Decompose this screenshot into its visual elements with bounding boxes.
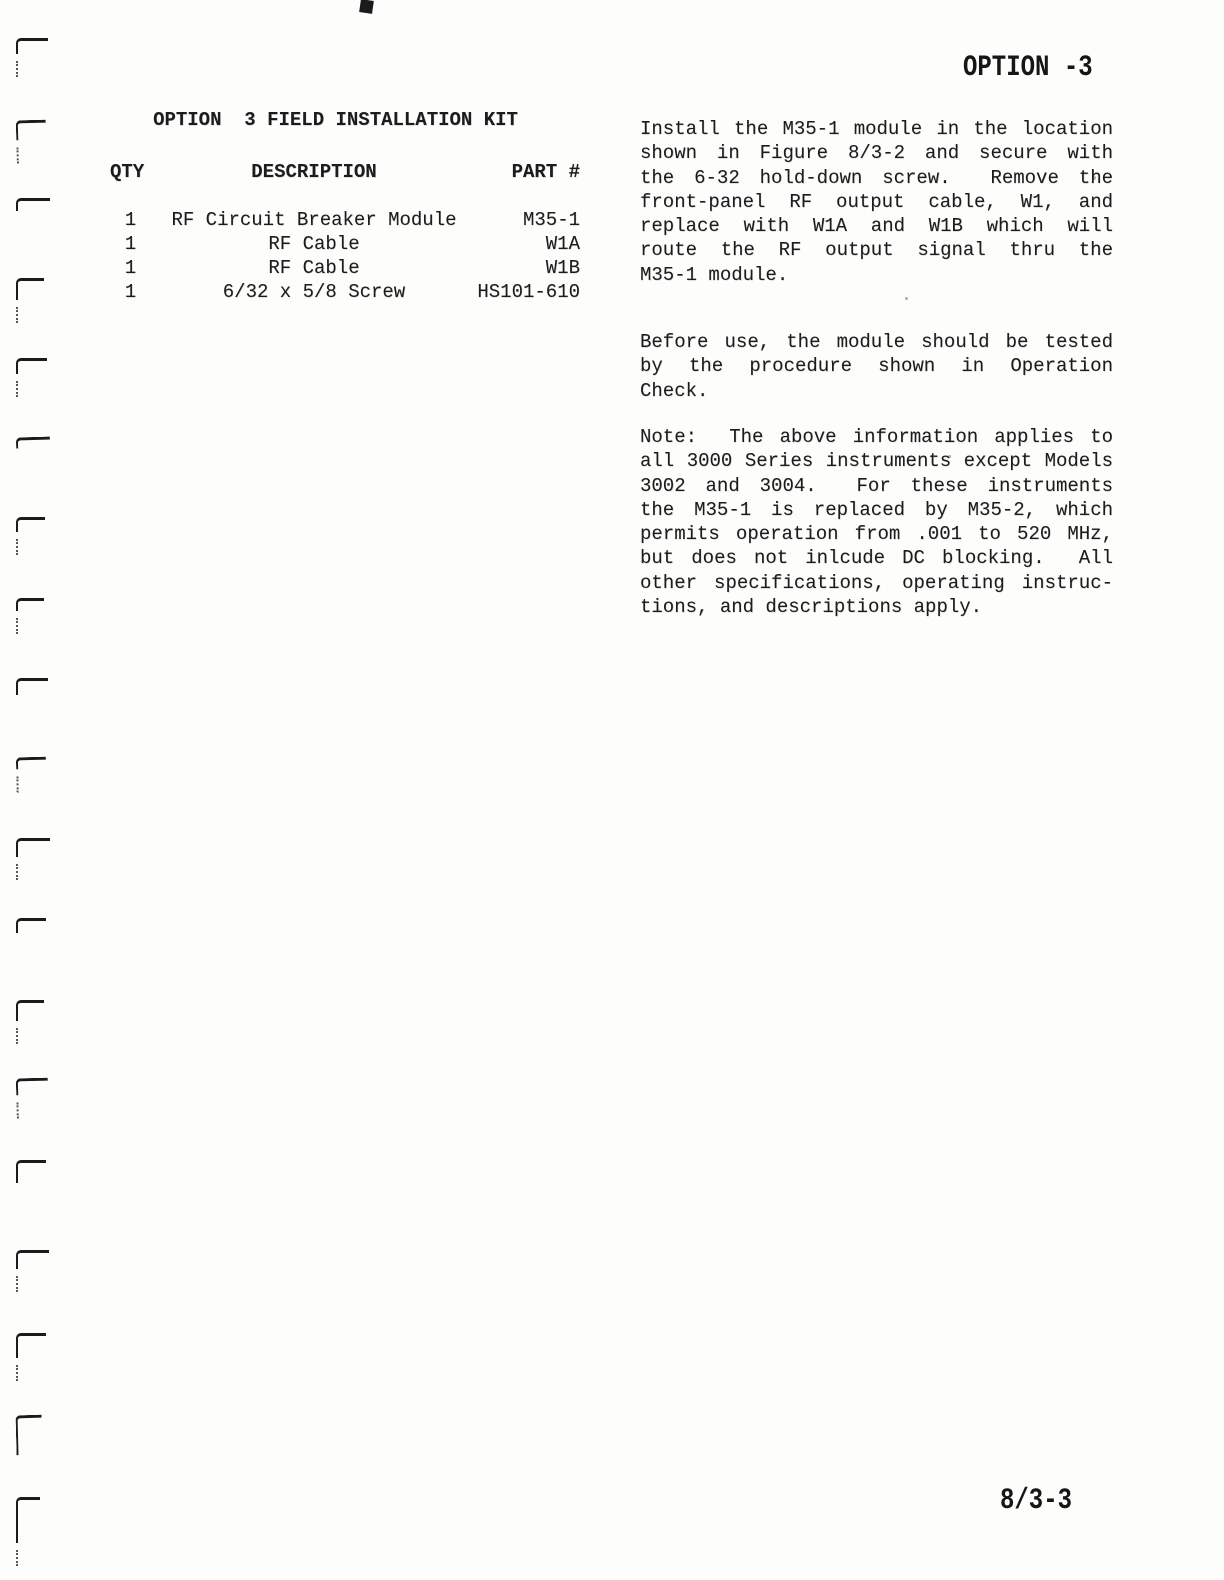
paragraph-note: Note: The above information applies to a… (640, 425, 1113, 619)
binder-mark-artifact (16, 120, 47, 141)
table-title: OPTION 3 FIELD INSTALLATION KIT (91, 108, 580, 132)
cell-description: RF Cable (170, 232, 458, 256)
text-line: permits operation from .001 to 520 MHz, (640, 522, 1113, 546)
binder-mark-artifact (16, 358, 47, 374)
binder-mark-artifact (16, 678, 48, 695)
cell-qty: 1 (105, 256, 170, 280)
binder-mark-artifact (16, 1497, 40, 1543)
text-line: the M35-1 is replaced by M35-2, which (640, 498, 1113, 522)
binder-mark-artifact (16, 1160, 46, 1183)
cell-qty: 1 (105, 232, 170, 256)
binder-mark-artifact (15, 1415, 42, 1456)
binder-mark-artifact (16, 1000, 44, 1021)
scan-speck-artifact (359, 0, 374, 14)
cell-description: RF Circuit Breaker Module (170, 208, 458, 232)
text-line: but does not inlcude DC blocking. All (640, 546, 1113, 570)
table-row: 1 RF Cable W1B (105, 256, 580, 280)
text-line: Note: The above information applies to (640, 425, 1113, 449)
binder-mark-artifact (16, 918, 46, 933)
binder-mark-artifact (16, 1078, 48, 1096)
column-header-description: DESCRIPTION (170, 160, 458, 184)
binder-mark-artifact (16, 757, 46, 770)
table-header-row: QTY DESCRIPTION PART # (105, 160, 580, 184)
text-line: route the RF output signal thru the (640, 238, 1113, 262)
binder-mark-artifact (16, 198, 50, 211)
binder-mark-artifact (16, 278, 44, 300)
binder-mark-artifact (16, 838, 50, 857)
text-line: Install the M35-1 module in the location (640, 117, 1113, 141)
cell-description: RF Cable (170, 256, 458, 280)
scan-speck-artifact (948, 455, 951, 458)
column-header-qty: QTY (105, 160, 170, 184)
text-line: all 3000 Series instruments except Model… (640, 449, 1113, 473)
binder-mark-artifact (16, 38, 48, 54)
text-line: Check. (640, 379, 1113, 403)
cell-part: W1B (458, 256, 580, 280)
text-line: tions, and descriptions apply. (640, 595, 1113, 619)
text-line: replace with W1A and W1B which will (640, 214, 1113, 238)
cell-part: HS101-610 (458, 280, 580, 304)
cell-part: W1A (458, 232, 580, 256)
binder-mark-artifact (16, 437, 50, 449)
text-line: Before use, the module should be tested (640, 330, 1113, 354)
table-row: 1 RF Cable W1A (105, 232, 580, 256)
text-line: by the procedure shown in Operation (640, 354, 1113, 378)
table-row: 1 RF Circuit Breaker Module M35-1 (105, 208, 580, 232)
column-header-part: PART # (458, 160, 580, 184)
installation-kit-table: OPTION 3 FIELD INSTALLATION KIT QTY DESC… (105, 108, 580, 305)
text-line: 3002 and 3004. For these instruments (640, 474, 1113, 498)
paragraph-install-instructions: Install the M35-1 module in the location… (640, 117, 1113, 287)
binder-mark-artifact (16, 1333, 46, 1358)
table-row: 1 6/32 x 5/8 Screw HS101-610 (105, 280, 580, 304)
text-line: the 6-32 hold-down screw. Remove the (640, 166, 1113, 190)
cell-qty: 1 (105, 208, 170, 232)
paragraph-test-before-use: Before use, the module should be tested … (640, 330, 1113, 403)
cell-part: M35-1 (458, 208, 580, 232)
scan-speck-artifact (1092, 176, 1096, 180)
page-number: 8/3-3 (1000, 1483, 1072, 1519)
text-line: M35-1 module. (640, 263, 1113, 287)
cell-qty: 1 (105, 280, 170, 304)
cell-description: 6/32 x 5/8 Screw (170, 280, 458, 304)
binder-mark-artifact (16, 517, 45, 532)
binder-mark-artifact (16, 1250, 49, 1269)
page-section-heading: OPTION -3 (963, 50, 1093, 86)
scanned-manual-page: OPTION -3 OPTION 3 FIELD INSTALLATION KI… (0, 0, 1224, 1580)
binder-mark-artifact (16, 598, 44, 611)
text-line: front-panel RF output cable, W1, and (640, 190, 1113, 214)
scan-speck-artifact (905, 297, 908, 300)
text-line: shown in Figure 8/3-2 and secure with (640, 141, 1113, 165)
text-line: other specifications, operating instruc- (640, 571, 1113, 595)
